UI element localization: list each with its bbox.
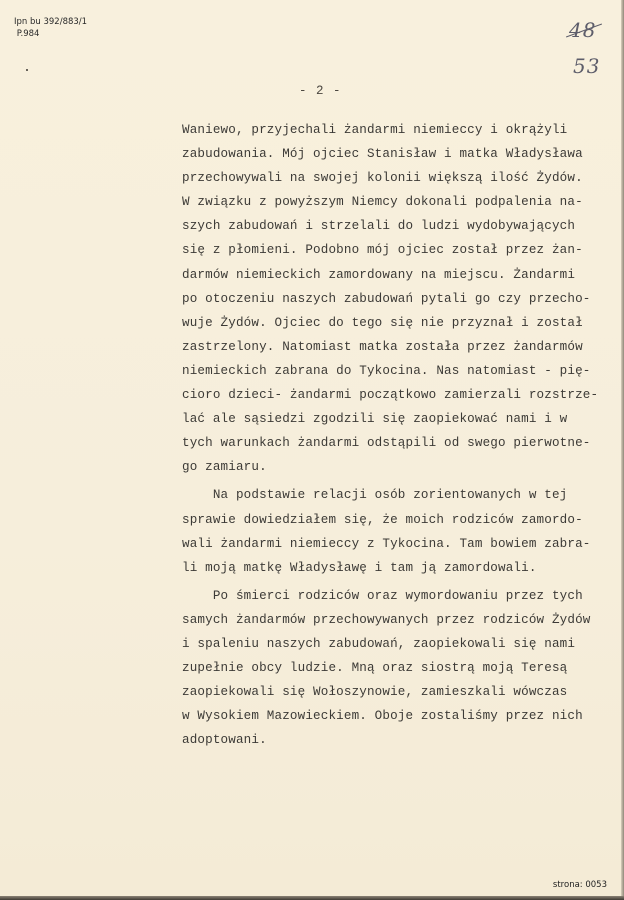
text-line: samych żandarmów przechowywanych przez r… xyxy=(182,608,602,632)
text-line: zaopiekowali się Wołoszynowie, zamieszka… xyxy=(182,680,602,704)
text-line: wali żandarmi niemieccy z Tykocina. Tam … xyxy=(182,532,602,556)
page-footer-label: strona: 0053 xyxy=(553,880,607,890)
typed-body-text: Waniewo, przyjechali żandarmi niemieccy … xyxy=(182,118,602,752)
text-line: W związku z powyższym Niemcy dokonali po… xyxy=(182,190,602,214)
text-line: zastrzelony. Natomiast matka została prz… xyxy=(182,335,602,359)
archive-reference: Ipn bu 392/883/1 P.984 xyxy=(14,16,87,40)
text-line: li moją matkę Władysławę i tam ją zamord… xyxy=(182,556,602,580)
text-line: po otoczeniu naszych zabudowań pytali go… xyxy=(182,287,602,311)
text-line: Po śmierci rodziców oraz wymordowaniu pr… xyxy=(182,584,602,608)
text-line: cioro dzieci- żandarmi początkowo zamier… xyxy=(182,383,602,407)
text-line: sprawie dowiedziałem się, że moich rodzi… xyxy=(182,508,602,532)
document-page: Ipn bu 392/883/1 P.984 48 53 - 2 - Wanie… xyxy=(0,0,621,896)
text-line: szych zabudowań i strzelali do ludzi wyd… xyxy=(182,214,602,238)
text-line: zabudowania. Mój ojciec Stanisław i matk… xyxy=(182,142,602,166)
text-line: Na podstawie relacji osób zorientowanych… xyxy=(182,483,602,507)
handwritten-page-number: 53 xyxy=(573,54,600,78)
text-line: go zamiaru. xyxy=(182,455,602,479)
text-line: niemieckich zabrana do Tykocina. Nas nat… xyxy=(182,359,602,383)
scan-edge-bottom xyxy=(0,896,624,900)
text-line: się z płomieni. Podobno mój ojciec zosta… xyxy=(182,238,602,262)
text-line: i spaleniu naszych zabudowań, zaopiekowa… xyxy=(182,632,602,656)
text-line: tych warunkach żandarmi odstąpili od swe… xyxy=(182,431,602,455)
typed-page-number: - 2 - xyxy=(299,84,342,98)
handwritten-crossed-number: 48 xyxy=(569,18,596,42)
archive-signature: Ipn bu 392/883/1 xyxy=(14,16,87,28)
text-line: adoptowani. xyxy=(182,728,602,752)
ink-speck xyxy=(26,69,28,71)
text-line: lać ale sąsiedzi zgodzili się zaopiekowa… xyxy=(182,407,602,431)
text-line: przechowywali na swojej kolonii większą … xyxy=(182,166,602,190)
paragraph: Po śmierci rodziców oraz wymordowaniu pr… xyxy=(182,584,602,753)
text-line: w Wysokiem Mazowieckiem. Oboje zostaliśm… xyxy=(182,704,602,728)
text-line: zupełnie obcy ludzie. Mną oraz siostrą m… xyxy=(182,656,602,680)
text-line: wuje Żydów. Ojciec do tego się nie przyz… xyxy=(182,311,602,335)
text-line: Waniewo, przyjechali żandarmi niemieccy … xyxy=(182,118,602,142)
paragraph: Waniewo, przyjechali żandarmi niemieccy … xyxy=(182,118,602,479)
archive-page-ref: P.984 xyxy=(14,28,87,40)
paragraph: Na podstawie relacji osób zorientowanych… xyxy=(182,483,602,579)
text-line: darmów niemieckich zamordowany na miejsc… xyxy=(182,263,602,287)
